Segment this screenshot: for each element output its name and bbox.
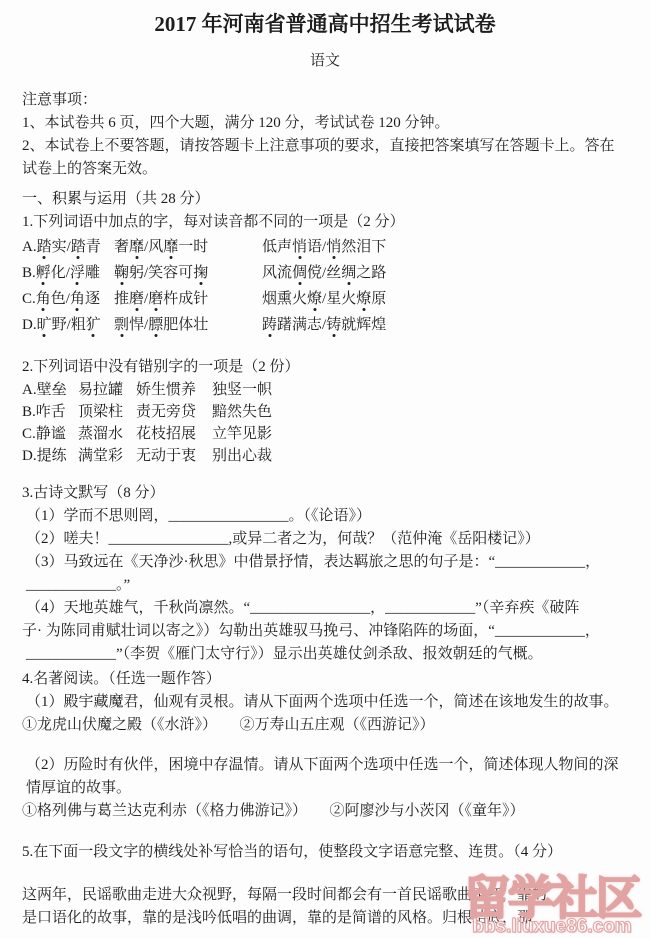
option-term: 满堂彩 [78, 445, 136, 467]
option-label: B. [22, 404, 36, 420]
q5-passage-line-1: 这两年，民谣歌曲走进大众视野，每隔一段时间都会有一首民谣歌曲走红，靠的 [22, 884, 628, 907]
q5-passage-line-2: 是口语化的故事，靠的是浅吟低唱的曲调，靠的是简谱的风格。归根结底，那 [22, 907, 628, 930]
q2-option-row-a: A.壁垒 易拉罐 娇生惯养 独竖一帜 [22, 379, 628, 401]
option-term: 易拉罐 [78, 379, 136, 401]
q1-option-row-d: D.旷野/粗犷 剽悍/膘肥体壮 踌躇满志/铸就辉煌 [22, 312, 628, 338]
q3-line-2: （2）嗟夫！________________,或异二者之为，何哉？（范仲淹《岳阳… [22, 528, 628, 551]
q5-passage: 这两年，民谣歌曲走进大众视野，每隔一段时间都会有一首民谣歌曲走红，靠的 是口语化… [22, 884, 628, 930]
option-term: 孵化/浮雕 [36, 265, 100, 281]
q1-option-row-c: C.角色/角逐 推磨/磨杵成针 烟熏火燎/星火燎原 [22, 286, 628, 312]
option-label: A. [22, 382, 37, 398]
exam-paper-page: 2017 年河南省普通高中招生考试试卷 语文 注意事项： 1、本试卷共 6 页，… [0, 0, 650, 939]
q4-part1: （1）殿宇藏魔君，仙观有灵根。请从下面两个选项中任选一个，简述在该地发生的故事。 [22, 691, 628, 714]
option-cell: B.孵化/浮雕 [22, 260, 114, 286]
option-label: D. [22, 317, 37, 333]
page-title: 2017 年河南省普通高中招生考试试卷 [22, 10, 628, 38]
option-cell: C.静谧 [22, 423, 78, 445]
question-2: 2.下列词语中没有错别字的一项是（2 份） A.壁垒 易拉罐 娇生惯养 独竖一帜… [22, 356, 628, 467]
q3-line-3: （3）马致远在《天净沙·秋思》中借景抒情，表达羁旅之思的句子是：“_______… [22, 551, 628, 574]
q2-option-row-b: B.咋舌 顶梁柱 责无旁贷 黯然失色 [22, 401, 628, 423]
question-3-stem: 3.古诗文默写（8 分） [22, 482, 628, 505]
option-cell: A.踏实/踏青 [22, 234, 114, 260]
option-term: 咋舌 [36, 404, 66, 420]
q3-line-4: ____________。” [22, 574, 628, 597]
notice-item-2: 2、本试卷上不要答题，请按答题卡上注意事项的要求，直接把答案填写在答题卡上。答在… [22, 135, 628, 181]
option-term: 花枝招展 [136, 423, 212, 445]
q2-option-row-c: C.静谧 蒸溜水 花枝招展 立竿见影 [22, 423, 628, 445]
notice-item-1: 1、本试卷共 6 页，四个大题，满分 120 分，考试试卷 120 分钟。 [22, 112, 628, 135]
question-4: 4.名著阅读。（任选一题作答） （1）殿宇藏魔君，仙观有灵根。请从下面两个选项中… [22, 668, 628, 823]
option-cell: D.旷野/粗犷 [22, 312, 114, 338]
option-term: 静谧 [36, 426, 66, 442]
notice-section: 注意事项： 1、本试卷共 6 页，四个大题，满分 120 分，考试试卷 120 … [22, 89, 628, 181]
option-term: 角色/角逐 [36, 291, 100, 307]
option-term: 旷野/粗犷 [37, 317, 101, 333]
option-term: 别出心裁 [212, 445, 628, 467]
option-cell: B.咋舌 [22, 401, 78, 423]
option-label: C. [22, 291, 36, 307]
option-label: C. [22, 426, 36, 442]
option-term: 奢靡/风靡一时 [114, 234, 262, 260]
question-5: 5.在下面一段文字的横线处补写恰当的语句，使整段文字语意完整、连贯。（4 分） … [22, 841, 628, 930]
option-label: A. [22, 239, 37, 255]
option-term: 推磨/磨杵成针 [114, 286, 262, 312]
option-term: 低声悄语/悄然泪下 [262, 234, 628, 260]
q3-line-7: ____________”（李贺《雁门太守行》）显示出英雄仗剑杀敌、报效朝廷的气… [22, 643, 628, 666]
q4-part2: （2）历险时有伙伴，困境中存温情。请从下面两个选项中任选一个，简述体现人物间的深… [22, 754, 628, 800]
q3-line-5: （4）天地英雄气，千秋尚凛然。“________________，_______… [22, 597, 628, 620]
q1-option-row-b: B.孵化/浮雕 鞠躬/笑容可掬 风流倜傥/丝绸之路 [22, 260, 628, 286]
option-term: 立竿见影 [212, 423, 628, 445]
option-term: 独竖一帜 [212, 379, 628, 401]
option-term: 黯然失色 [212, 401, 628, 423]
q4-part2-choices: ①格列佛与葛兰达克利赤（《格力佛游记》） ②阿廖沙与小茨冈（《童年》） [22, 800, 628, 823]
option-term: 无动于衷 [136, 445, 212, 467]
option-term: 踌躇满志/铸就辉煌 [262, 312, 628, 338]
option-term: 责无旁贷 [136, 401, 212, 423]
subject-title: 语文 [22, 50, 628, 73]
question-5-stem: 5.在下面一段文字的横线处补写恰当的语句，使整段文字语意完整、连贯。（4 分） [22, 841, 628, 864]
q3-line-1: （1）学而不思则罔，________________。（《论语》） [22, 505, 628, 528]
option-cell: D.提练 [22, 445, 78, 467]
option-term: 顶梁柱 [78, 401, 136, 423]
q1-option-row-a: A.踏实/踏青 奢靡/风靡一时 低声悄语/悄然泪下 [22, 234, 628, 260]
question-4-stem: 4.名著阅读。（任选一题作答） [22, 668, 628, 691]
option-cell: C.角色/角逐 [22, 286, 114, 312]
option-label: B. [22, 265, 36, 281]
q4-part1-choices: ①龙虎山伏魔之殿（《水浒》） ②万寿山五庄观（《西游记》） [22, 714, 628, 737]
section-heading: 一、积累与运用（共 28 分） [22, 188, 628, 211]
q3-line-6: 子· 为陈同甫赋壮词以寄之》）勾勒出英雄驭马挽弓、冲锋陷阵的场面，“______… [22, 620, 628, 643]
option-term: 娇生惯养 [136, 379, 212, 401]
option-term: 壁垒 [37, 382, 67, 398]
option-label: D. [22, 448, 37, 464]
notice-heading: 注意事项： [22, 89, 628, 112]
question-3: 3.古诗文默写（8 分） （1）学而不思则罔，________________。… [22, 482, 628, 666]
option-term: 鞠躬/笑容可掬 [114, 260, 262, 286]
option-cell: A.壁垒 [22, 379, 78, 401]
option-term: 提练 [37, 448, 67, 464]
page-body: 2017 年河南省普通高中招生考试试卷 语文 注意事项： 1、本试卷共 6 页，… [0, 0, 650, 930]
option-term: 蒸溜水 [78, 423, 136, 445]
question-2-stem: 2.下列词语中没有错别字的一项是（2 份） [22, 356, 628, 379]
option-term: 踏实/踏青 [37, 239, 101, 255]
question-1: 1.下列词语中加点的字，每对读音都不同的一项是（2 分） A.踏实/踏青 奢靡/… [22, 211, 628, 338]
option-term: 烟熏火燎/星火燎原 [262, 286, 628, 312]
question-1-stem: 1.下列词语中加点的字，每对读音都不同的一项是（2 分） [22, 211, 628, 234]
option-term: 风流倜傥/丝绸之路 [262, 260, 628, 286]
q2-option-row-d: D.提练 满堂彩 无动于衷 别出心裁 [22, 445, 628, 467]
option-term: 剽悍/膘肥体壮 [114, 312, 262, 338]
